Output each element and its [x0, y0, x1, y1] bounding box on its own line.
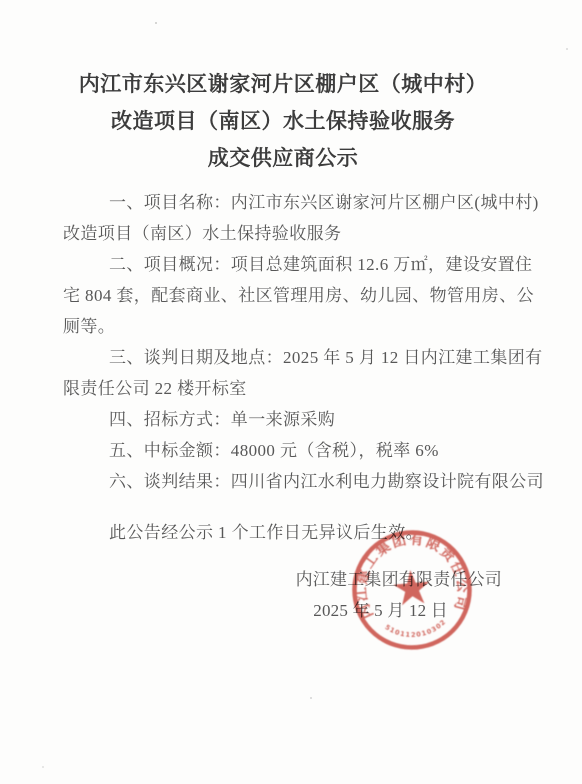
body-line: 厕等。	[63, 311, 524, 342]
scan-speck	[566, 48, 568, 50]
closing-paragraph: 此公告经公示 1 个工作日无异议后生效。	[63, 517, 524, 548]
scan-speck	[155, 22, 157, 24]
title-line-3: 成交供应商公示	[0, 140, 566, 177]
svg-text:3: 3	[430, 625, 438, 634]
body-line: 改造项目（南区）水土保持验收服务	[63, 218, 524, 249]
svg-text:1: 1	[421, 629, 428, 638]
body-line: 二、项目概况：项目总建筑面积 12.6 万㎡，建设安置住	[63, 249, 524, 280]
svg-text:1: 1	[405, 631, 411, 639]
scan-speck	[310, 697, 312, 699]
svg-text:1: 1	[399, 630, 406, 639]
body-line: 四、招标方式：单一来源采购	[63, 404, 524, 435]
svg-text:1: 1	[388, 626, 396, 635]
document-body: 一、项目名称：内江市东兴区谢家河片区棚户区(城中村)改造项目（南区）水土保持验收…	[0, 187, 582, 626]
body-lines: 一、项目名称：内江市东兴区谢家河片区棚户区(城中村)改造项目（南区）水土保持验收…	[63, 187, 524, 497]
body-line: 限责任公司 22 楼开标室	[63, 373, 524, 404]
svg-text:2: 2	[411, 631, 416, 639]
signature-company: 内江建工集团有限责任公司	[63, 564, 502, 595]
svg-text:0: 0	[416, 630, 422, 639]
title-line-1: 内江市东兴区谢家河片区棚户区（城中村）	[0, 66, 566, 103]
signature-block: 内江建工集团有限责任公司 2025 年 5 月 12 日	[63, 564, 524, 626]
document-page: 内江市东兴区谢家河片区棚户区（城中村） 改造项目（南区）水土保持验收服务 成交供…	[0, 0, 582, 784]
body-line: 三、谈判日期及地点：2025 年 5 月 12 日内江建工集团有	[63, 342, 524, 373]
body-line: 六、谈判结果：四川省内江水利电力勘察设计院有限公司	[63, 466, 524, 497]
svg-text:0: 0	[394, 628, 401, 637]
body-line: 一、项目名称：内江市东兴区谢家河片区棚户区(城中村)	[63, 187, 524, 218]
svg-text:0: 0	[425, 627, 433, 636]
body-line: 宅 804 套，配套商业、社区管理用房、幼儿园、物管用房、公	[63, 280, 524, 311]
body-line: 五、中标金额：48000 元（含税），税率 6%	[63, 435, 524, 466]
signature-date: 2025 年 5 月 12 日	[63, 595, 448, 626]
title-line-2: 改造项目（南区）水土保持验收服务	[0, 103, 566, 140]
scan-speck	[42, 766, 44, 768]
document-title: 内江市东兴区谢家河片区棚户区（城中村） 改造项目（南区）水土保持验收服务 成交供…	[0, 0, 582, 177]
